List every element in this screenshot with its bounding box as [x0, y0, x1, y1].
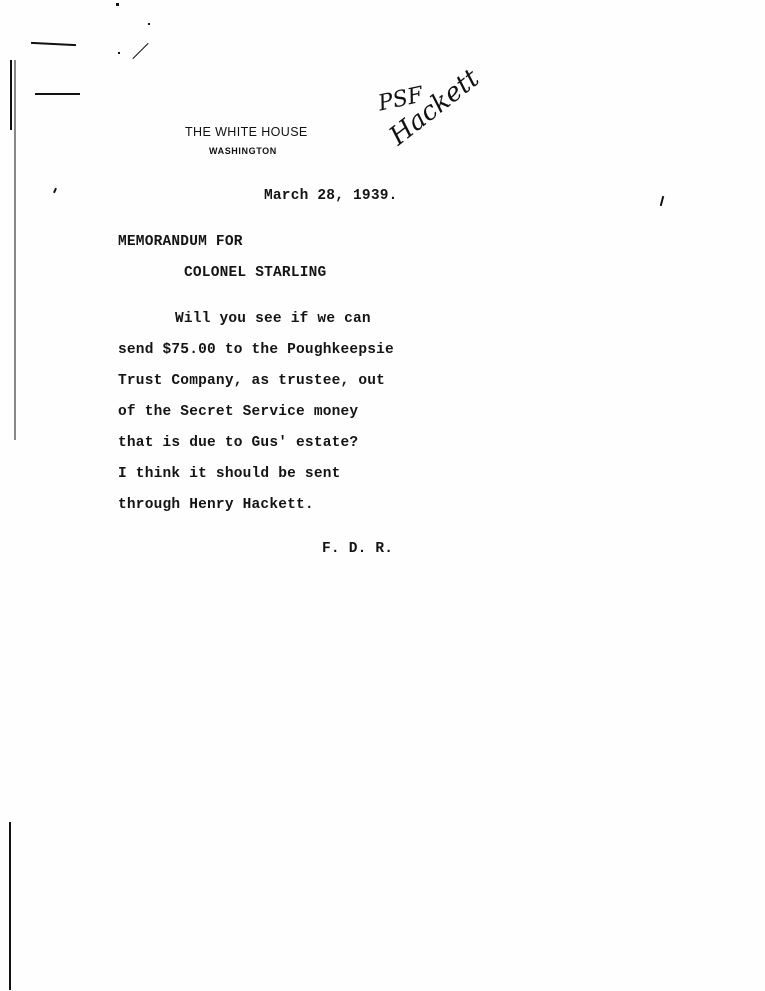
pencil-stroke: [132, 43, 148, 59]
memo-header: MEMORANDUM FOR: [118, 234, 243, 250]
ink-speck: [53, 188, 57, 193]
ink-speck: [660, 196, 665, 206]
ink-speck: [148, 23, 150, 25]
page-edge-line: [14, 60, 16, 440]
memo-recipient: COLONEL STARLING: [184, 265, 326, 281]
ink-speck: [116, 3, 119, 6]
page-edge-line: [9, 822, 11, 990]
document-page: THE WHITE HOUSE WASHINGTON PSF Hackett M…: [0, 0, 765, 991]
signature-initials: F. D. R.: [322, 541, 393, 557]
letterhead-title: THE WHITE HOUSE: [185, 125, 308, 139]
body-line: Will you see if we can: [175, 311, 371, 327]
body-line: that is due to Gus' estate?: [118, 435, 358, 451]
ink-speck: [118, 52, 120, 54]
memo-date: March 28, 1939.: [264, 188, 398, 204]
body-line: of the Secret Service money: [118, 404, 358, 420]
body-line: Trust Company, as trustee, out: [118, 373, 385, 389]
margin-mark: [10, 60, 12, 130]
body-line: through Henry Hackett.: [118, 497, 314, 513]
body-line: I think it should be sent: [118, 466, 341, 482]
letterhead-subtitle: WASHINGTON: [209, 146, 277, 156]
margin-mark: [35, 93, 80, 95]
body-line: send $75.00 to the Poughkeepsie: [118, 342, 394, 358]
margin-mark: [31, 42, 76, 46]
